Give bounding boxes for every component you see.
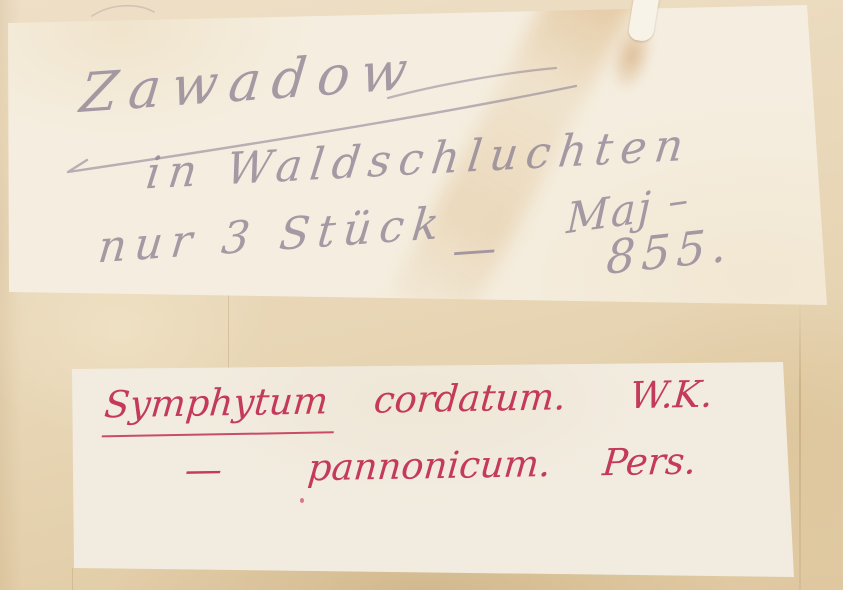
- species-epithet-2: pannonicum.: [306, 442, 552, 489]
- herbarium-label-scan: Zawadow in Waldschluchten nur 3 Stück — …: [0, 0, 843, 590]
- ditto-dash: —: [183, 448, 224, 492]
- author-abbreviation: W.K.: [628, 373, 714, 418]
- ink-speck: [300, 498, 304, 503]
- author-abbreviation-2: Pers.: [601, 440, 698, 485]
- quantity-note-dash: —: [450, 223, 497, 277]
- genus-name: Symphytum: [102, 379, 338, 437]
- species-line-2: —pannonicum.Pers.: [183, 440, 698, 492]
- species-epithet: cordatum.: [372, 375, 568, 421]
- species-line-1: Symphytumcordatum.W.K.: [102, 373, 715, 438]
- pencil-top-arc: [92, 6, 154, 16]
